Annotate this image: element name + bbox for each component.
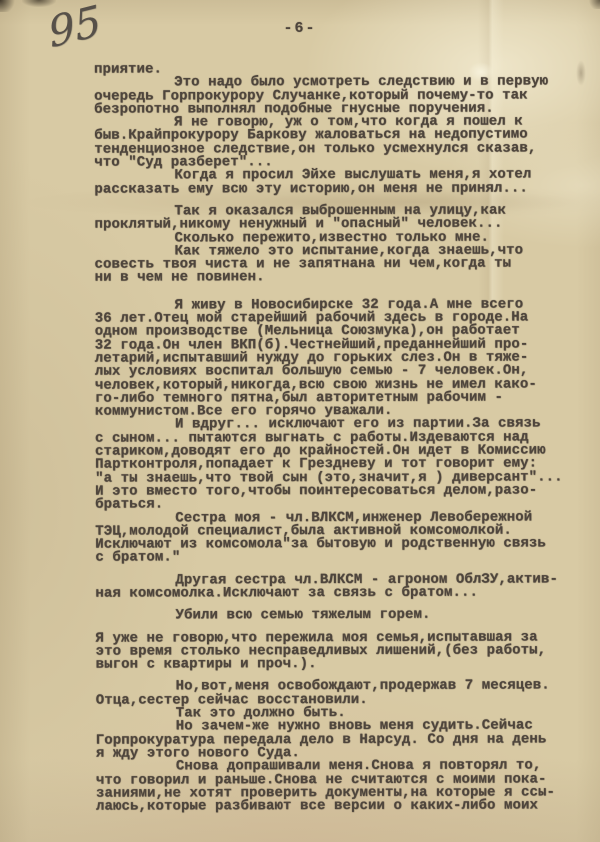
scan-artifact-top-edge-smudge — [22, 0, 56, 7]
text-line: лаюсь,которые разбивают все версии о как… — [96, 799, 586, 814]
typed-page-number: -6- — [0, 20, 600, 37]
scan-artifact-corner-top-left — [0, 0, 16, 12]
scanned-document-page: 95 -6- приятие.Это надо было усмотреть с… — [0, 0, 600, 842]
text-line: рассказать ему всю эту историю,он меня н… — [94, 182, 584, 197]
text-line: выгон с квартиры и проч.). — [96, 658, 586, 673]
text-line: Убили всю семью тяжелым горем. — [95, 609, 585, 624]
text-line: ная комсомолка.Исключают за связь с брат… — [95, 586, 585, 601]
text-line: ни в чем не повинен. — [95, 271, 585, 286]
text-line: И это вместо того,чтобы поинтересоваться… — [95, 484, 585, 499]
typewritten-text-block: приятие.Это надо было усмотреть следстви… — [94, 62, 586, 814]
text-line: с братом." — [95, 551, 585, 566]
scan-artifact-corner-top-right — [588, 0, 600, 9]
